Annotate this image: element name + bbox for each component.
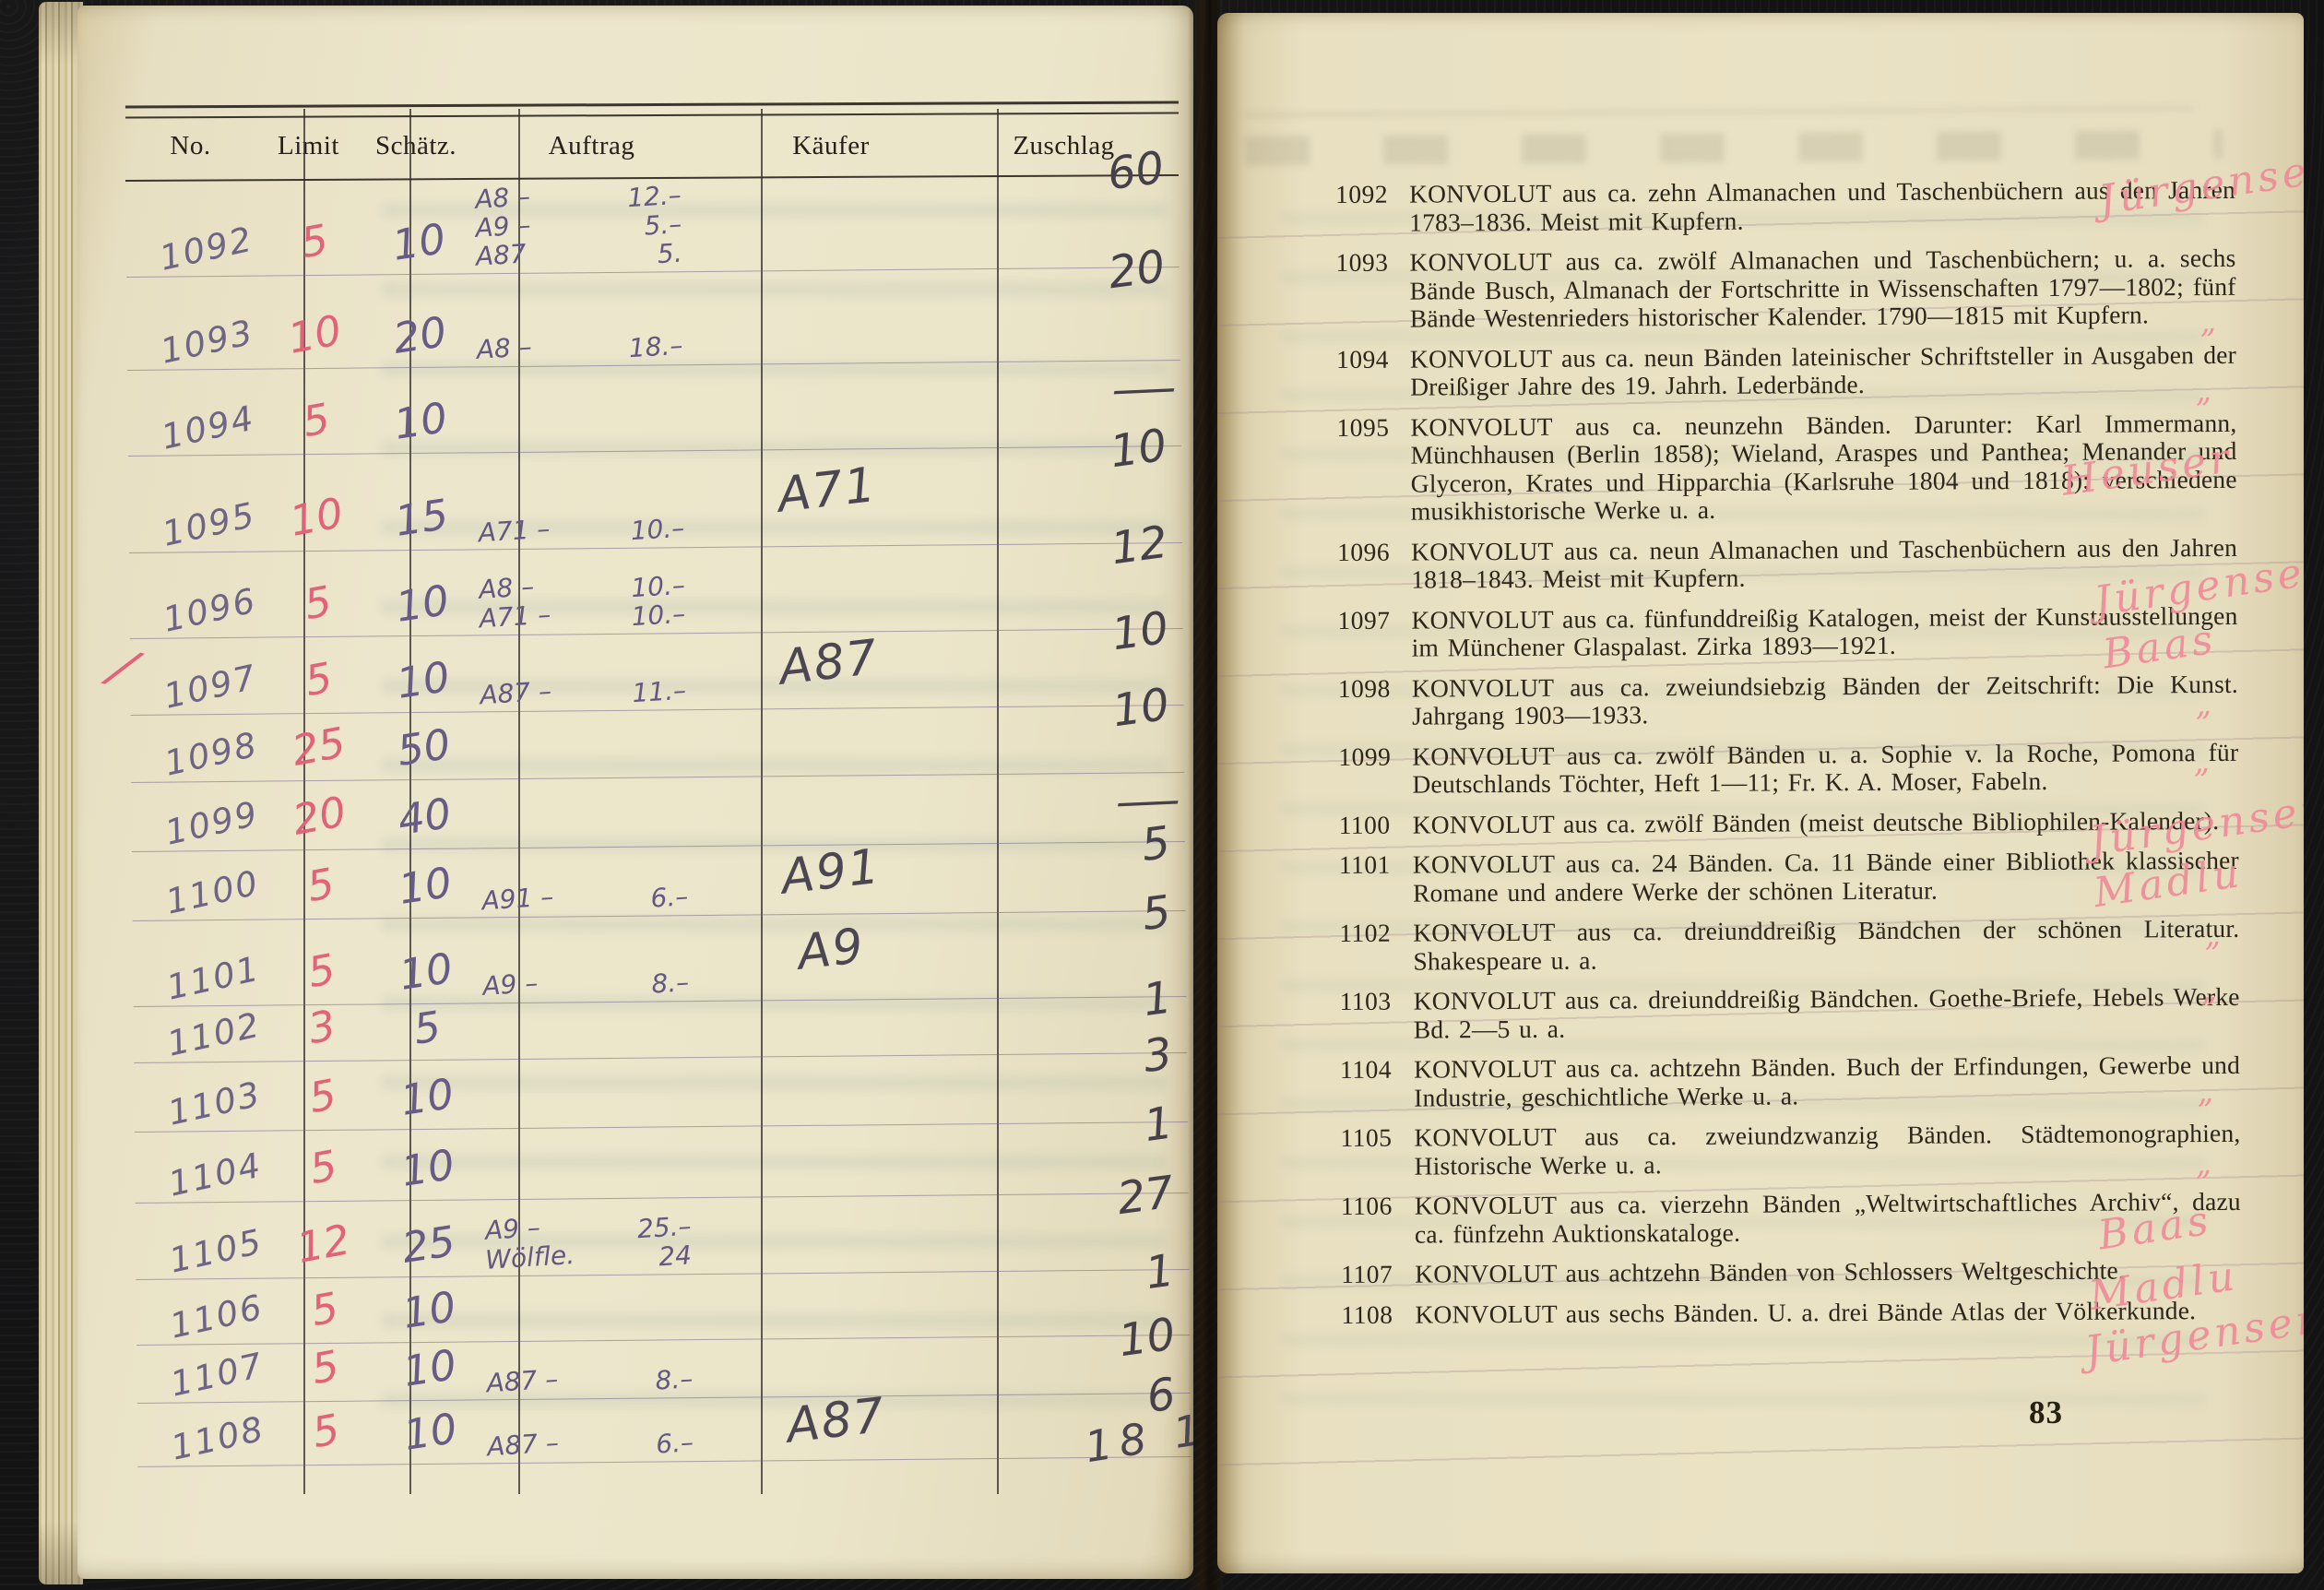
ledger-cell: 5 <box>262 177 366 276</box>
order-amount: 8.– <box>650 967 690 998</box>
ledger-cell: 5 <box>373 1003 480 1060</box>
ledger-cell: 25 <box>267 713 371 780</box>
ledger-row: 11045101 <box>135 1122 1189 1204</box>
catalog-entry: 1103KONVOLUT aus ca. dreiunddreißig Bänd… <box>1340 983 2240 1044</box>
limit-value: 12 <box>293 1215 354 1273</box>
limit-value: 5 <box>308 1405 343 1457</box>
lot-number: 1104 <box>165 1145 266 1204</box>
ledger-cell: 10 <box>373 1060 480 1129</box>
hammer-price: 10 <box>1109 679 1172 738</box>
estimate-value: 15 <box>392 490 452 546</box>
catalog-entry: 1092KONVOLUT aus ca. zehn Almanachen und… <box>1335 176 2235 237</box>
lot-number: 1103 <box>164 1074 265 1133</box>
entry-number: 1106 <box>1341 1192 1402 1249</box>
buyer-code: A87 <box>784 1388 889 1454</box>
limit-value: 20 <box>290 787 350 845</box>
limit-value: 5 <box>307 1283 342 1335</box>
ledger-cell: 10 <box>370 635 477 712</box>
order-code: A91 – <box>481 883 554 916</box>
order-line: A87 –11.– <box>477 677 714 707</box>
ledger-cell: 1094 <box>127 370 265 456</box>
ledger-row: 1100510A91 –6.–A915 <box>132 842 1186 921</box>
ledger-cell: 3 <box>269 1004 373 1061</box>
lot-number: 1095 <box>159 495 259 554</box>
estimate-value: 10 <box>397 943 456 1000</box>
entry-text: KONVOLUT aus ca. zweiundzwanzig Bänden. … <box>1414 1120 2240 1181</box>
catalog-entry: 1097KONVOLUT aus ca. fünfunddreißig Kata… <box>1337 601 2237 662</box>
entry-text: KONVOLUT aus ca. zwölf Bänden (meist deu… <box>1413 806 2239 838</box>
ledger-cell: 12 <box>271 1201 375 1277</box>
entry-number: 1096 <box>1337 538 1398 594</box>
page-stack-edges <box>39 2 83 1584</box>
order-code: A87 – <box>480 677 552 710</box>
ledger-cell: A87 <box>720 1395 952 1460</box>
ledger-cell: 10 <box>374 1129 481 1200</box>
entry-text: KONVOLUT aus achtzehn Bänden von Schloss… <box>1415 1256 2241 1288</box>
entry-number: 1102 <box>1339 920 1400 976</box>
estimate-value: 10 <box>394 652 454 708</box>
column-header-estimate: Schätz. <box>362 131 470 161</box>
ledger-cell <box>480 1002 717 1059</box>
limit-value: 10 <box>287 488 348 546</box>
ledger-cell: 10 <box>377 1400 484 1464</box>
ledger-cell: 10 <box>265 454 369 551</box>
ledger-cell: 5 <box>272 1277 376 1343</box>
entry-number: 1101 <box>1339 851 1400 908</box>
entry-text: KONVOLUT aus ca. dreiunddreißig Bändchen… <box>1413 915 2239 976</box>
ledger-cell: 10 <box>367 367 474 453</box>
ledger-cell: 40 <box>371 779 478 848</box>
estimate-value: 10 <box>396 858 456 914</box>
column-header-order: Auftrag <box>470 131 713 161</box>
entry-text: KONVOLUT aus ca. 24 Bänden. Ca. 11 Bände… <box>1413 847 2239 908</box>
entry-number: 1100 <box>1339 811 1400 839</box>
ledger-page: No. Limit Schätz. Auftrag Käufer Zuschla… <box>77 6 1193 1579</box>
ledger-cell: A91 <box>715 844 946 914</box>
ledger-cell: 5 <box>266 551 370 636</box>
table-top-rule <box>125 101 1179 119</box>
order-code: A87 <box>475 239 528 270</box>
limit-value: 5 <box>307 1341 342 1394</box>
estimate-value: 10 <box>393 575 453 632</box>
ledger-cell: 10 <box>376 1276 483 1342</box>
ledger-cell: 10 <box>944 706 1184 774</box>
estimate-value: 10 <box>389 214 449 270</box>
limit-value: 5 <box>303 944 338 997</box>
order-amount: 10.– <box>630 571 685 603</box>
order-amount: 6.– <box>655 1428 694 1458</box>
ledger-cell: A87 –11.– <box>476 634 714 711</box>
catalog-entry: 1099KONVOLUT aus ca. zwölf Bänden u. a. … <box>1338 738 2238 799</box>
buyer-code: A9 <box>795 919 868 981</box>
lot-number: 1096 <box>160 581 260 640</box>
order-amount: 10.– <box>630 514 685 546</box>
ledger-cell: 25 <box>375 1200 482 1276</box>
ledger-cell: 10 <box>263 275 367 368</box>
order-line: A9 –5.– <box>472 210 709 241</box>
order-line: A9 –8.– <box>480 968 717 999</box>
catalog-page: 1092KONVOLUT aus ca. zehn Almanachen und… <box>1217 13 2304 1573</box>
entry-number: 1097 <box>1337 606 1398 662</box>
order-amount: 24 <box>658 1240 692 1271</box>
ledger-cell: A71 <box>711 449 943 547</box>
order-code: A87 – <box>486 1365 559 1398</box>
ledger-cell: A9 –25.–Wölfle.24 <box>481 1198 719 1276</box>
hammer-price: 20 <box>1106 241 1168 300</box>
ledger-cell: 1105 <box>136 1203 273 1279</box>
order-amount: 10.– <box>631 599 686 632</box>
ledger-cell: 1095 <box>128 456 266 552</box>
ledger-cell <box>712 546 943 633</box>
entry-number: 1103 <box>1340 988 1401 1044</box>
order-amount: 8.– <box>654 1364 694 1394</box>
ledger-cell: 5 <box>267 636 371 713</box>
ledger-cell <box>480 1058 718 1128</box>
estimate-value: 50 <box>394 719 454 776</box>
order-amount: 6.– <box>649 882 689 912</box>
order-code: A87 – <box>487 1429 560 1462</box>
estimate-value: 40 <box>395 789 455 845</box>
order-line: A8 –12.– <box>472 182 709 212</box>
lot-number: 1099 <box>161 794 262 853</box>
catalog-entry: 1096KONVOLUT aus ca. neun Almanachen und… <box>1337 533 2237 594</box>
ledger-row: 1098255010 <box>131 706 1185 783</box>
ledger-header: No. Limit Schätz. Auftrag Käufer Zuschla… <box>125 131 1179 172</box>
ledger-cell <box>710 363 942 450</box>
order-line: Wölfle.24 <box>482 1241 719 1272</box>
ledger-cell: A87 <box>713 632 944 709</box>
limit-value: 5 <box>305 1141 340 1193</box>
hammer-price: 10 <box>1107 420 1169 479</box>
limit-value: 5 <box>305 1070 340 1122</box>
catalog-entry: 1107KONVOLUT aus achtzehn Bänden von Sch… <box>1341 1256 2241 1289</box>
ledger-cell <box>473 365 711 452</box>
lot-number: 1100 <box>162 863 263 922</box>
ledger-cell: 1108 <box>137 1403 274 1466</box>
lot-number: 1097 <box>160 658 260 717</box>
limit-value: 10 <box>285 305 346 363</box>
ledger-cell: A91 –6.– <box>478 847 716 917</box>
order-code: A71 – <box>479 600 551 634</box>
ledger-cell: 1101 <box>133 920 270 1006</box>
hammer-price: 12 <box>1108 516 1170 575</box>
ledger-row: 1107510A87 –8.–10 <box>136 1335 1191 1404</box>
ledger-rows: 1092510A8 –12.–A9 –5.–A875.6010931020A8 … <box>125 169 1191 1467</box>
ledger-cell: 10 <box>365 175 472 274</box>
ledger-cell <box>708 172 940 271</box>
ledger-row: 11035103 <box>134 1053 1188 1133</box>
lot-number: 1093 <box>157 313 257 372</box>
buyer-code: A71 <box>775 457 880 524</box>
order-line: A875. <box>472 239 709 269</box>
order-amount: 25.– <box>636 1212 692 1244</box>
ledger-cell: A87 –6.– <box>483 1398 721 1463</box>
limit-value: 25 <box>289 718 350 776</box>
entry-number: 1094 <box>1336 345 1397 401</box>
ledger-cell: 1100 <box>132 851 269 920</box>
ledger-cell: 50 <box>371 712 478 779</box>
buyer-code: A87 <box>777 630 882 696</box>
ledger-cell: 1099 <box>131 782 268 851</box>
ghost-header-bleed <box>1245 129 2223 165</box>
ledger-row: 10931020A8 –18.–20 <box>126 267 1180 371</box>
order-code: Wölfle. <box>485 1240 576 1275</box>
ledger-row: 10951015A71 –10.–A7110 <box>128 446 1182 553</box>
ledger-row: 1094510— <box>127 361 1181 457</box>
ledger-cell <box>715 775 946 845</box>
ledger-cell: 1102 <box>134 1006 270 1062</box>
entry-number: 1095 <box>1336 413 1398 526</box>
limit-value: 5 <box>301 653 336 706</box>
hammer-price: — <box>1109 362 1180 416</box>
entry-number: 1104 <box>1340 1056 1401 1112</box>
ledger-row: 10992040— <box>131 773 1185 852</box>
ledger-cell: 5 <box>268 849 373 919</box>
ledger-cell: 10 <box>373 918 480 1003</box>
ledger-cell: A8 –18.– <box>472 272 710 366</box>
lot-number: 1107 <box>167 1346 267 1405</box>
estimate-value: 25 <box>399 1216 459 1273</box>
order-amount: 12.– <box>626 181 682 213</box>
ledger-cell <box>718 1195 950 1273</box>
entry-text: KONVOLUT aus ca. neunzehn Bänden. Darunt… <box>1410 409 2237 526</box>
estimate-value: 5 <box>410 1002 444 1054</box>
entry-text: KONVOLUT aus sechs Bänden. U. a. drei Bä… <box>1415 1296 2241 1328</box>
ledger-cell: 1093 <box>126 277 264 370</box>
order-line: A9 –25.– <box>481 1213 718 1243</box>
catalog-entry: 1100KONVOLUT aus ca. zwölf Bänden (meist… <box>1339 806 2239 839</box>
order-amount: 5. <box>657 239 683 269</box>
catalog-entry: 1104KONVOLUT aus ca. achtzehn Bänden. Bu… <box>1340 1051 2240 1112</box>
entry-text: KONVOLUT aus ca. vierzehn Bänden „Weltwi… <box>1415 1188 2241 1249</box>
ledger-cell: A87 –8.– <box>483 1340 721 1399</box>
catalog-entry: 1105KONVOLUT aus ca. zweiundzwanzig Bänd… <box>1340 1120 2240 1181</box>
order-amount: 5.– <box>643 209 682 240</box>
ledger-cell: 10 <box>369 550 476 635</box>
limit-value: 5 <box>300 576 335 629</box>
ledger-cell: A71 –10.– <box>474 451 712 549</box>
entry-number: 1092 <box>1335 181 1396 237</box>
ledger-row: 11051225A9 –25.–Wölfle.2427 <box>136 1193 1190 1280</box>
ledger-row: 11065101 <box>136 1270 1190 1346</box>
ledger-cell: 1092 <box>125 178 263 277</box>
order-line: A87 –6.– <box>484 1429 721 1459</box>
ledger-cell: 1096 <box>129 552 267 638</box>
order-line: A71 –10.– <box>475 515 712 545</box>
ledger-cell: 1107 <box>136 1345 273 1403</box>
ledger-cell: A8 –10.–A71 –10.– <box>475 548 713 635</box>
catalog-entry: 1098KONVOLUT aus ca. zweiundsiebzig Bänd… <box>1338 670 2238 730</box>
entry-text: KONVOLUT aus ca. fünfunddreißig Kataloge… <box>1411 601 2237 662</box>
hammer-price: 10 <box>1116 1309 1179 1368</box>
catalog-entry: 1093KONVOLUT aus ca. zwölf Almanachen un… <box>1335 244 2235 334</box>
entry-text: KONVOLUT aus ca. zweiundsiebzig Bänden d… <box>1412 670 2238 730</box>
lot-number: 1098 <box>160 725 261 784</box>
ledger-cell: 5 <box>270 1061 374 1130</box>
catalog-entry: 1108KONVOLUT aus sechs Bänden. U. a. dre… <box>1341 1296 2241 1329</box>
estimate-value: 20 <box>390 307 450 363</box>
ledger-cell: 1103 <box>134 1062 271 1132</box>
lot-number: 1105 <box>165 1222 266 1281</box>
entry-number: 1108 <box>1341 1300 1402 1329</box>
lot-number: 1094 <box>158 398 258 457</box>
order-code: A8 – <box>476 332 533 364</box>
order-code: A9 – <box>482 968 539 1001</box>
lot-number: 1101 <box>162 949 263 1008</box>
order-line: A87 –8.– <box>483 1365 720 1395</box>
ledger-cell: A9 <box>716 913 947 1000</box>
order-line: A8 –18.– <box>473 332 710 362</box>
ledger-row: 1108510A87 –6.–A876 <box>137 1394 1192 1467</box>
ledger-cell <box>714 708 945 777</box>
ledger-cell: 1098 <box>131 715 267 782</box>
entry-number: 1098 <box>1338 674 1399 730</box>
limit-value: 3 <box>304 1001 339 1053</box>
order-code: A8 – <box>479 572 536 604</box>
entry-text: KONVOLUT aus ca. achtzehn Bänden. Buch d… <box>1414 1051 2240 1112</box>
lot-number: 1092 <box>156 220 256 279</box>
ledger-cell <box>717 1055 949 1125</box>
ledger-cell: 5 <box>273 1343 377 1401</box>
ledger-cell: 1097 <box>130 638 267 715</box>
lot-number: 1102 <box>163 1005 264 1064</box>
ledger-row: 1096510A8 –10.–A71 –10.–12 <box>129 543 1183 639</box>
order-line: A91 –6.– <box>479 883 716 913</box>
hammer-price: 10 <box>1109 602 1171 661</box>
entry-text: KONVOLUT aus ca. neun Bänden lateinische… <box>1410 340 2236 401</box>
catalog-entry: 1102KONVOLUT aus ca. dreiunddreißig Bänd… <box>1339 915 2239 976</box>
catalog-entries: 1092KONVOLUT aus ca. zehn Almanachen und… <box>1335 176 2242 1341</box>
ledger-cell: A9 –8.– <box>479 916 717 1003</box>
ledger-cell <box>720 1337 952 1396</box>
ledger-cell <box>477 710 715 778</box>
ledger-row: 1101510A9 –8.–A95 <box>133 911 1187 1007</box>
limit-value: 5 <box>297 215 332 267</box>
estimate-value: 10 <box>399 1282 459 1338</box>
ledger-cell <box>719 1272 951 1338</box>
order-code: A71 – <box>478 515 551 548</box>
ledger-cell <box>482 1275 720 1341</box>
ledger-cell: 20 <box>267 780 372 849</box>
ledger-cell: 5 <box>271 1130 375 1201</box>
ledger-cell <box>709 270 941 364</box>
ledger-cell: 5 <box>269 919 373 1004</box>
ledger-row: 1092510A8 –12.–A9 –5.–A875.60 <box>125 169 1180 278</box>
estimate-value: 10 <box>398 1140 458 1196</box>
entry-text: KONVOLUT aus ca. neun Almanachen und Tas… <box>1411 533 2237 594</box>
limit-value: 5 <box>302 859 338 911</box>
page-number: 83 <box>2029 1394 2063 1431</box>
estimate-value: 10 <box>391 393 451 449</box>
ledger-cell: 10 <box>372 848 479 918</box>
order-line: A71 –10.– <box>476 600 713 631</box>
lot-number: 1108 <box>167 1409 267 1468</box>
order-code: A9 – <box>485 1213 542 1245</box>
column-header-no: No. <box>125 131 255 161</box>
ledger-cell: 1104 <box>135 1132 272 1203</box>
order-amount: 18.– <box>628 331 683 363</box>
estimate-value: 10 <box>401 1404 461 1460</box>
estimate-value: 10 <box>400 1340 460 1396</box>
limit-value: 5 <box>299 394 334 446</box>
ledger-cell: 10 <box>376 1342 483 1400</box>
ledger-cell: 15 <box>368 453 475 550</box>
entry-text: KONVOLUT aus ca. dreiunddreißig Bändchen… <box>1414 983 2240 1044</box>
catalog-entry: 1095KONVOLUT aus ca. neunzehn Bänden. Da… <box>1336 409 2237 526</box>
lot-number: 1106 <box>166 1287 267 1347</box>
ledger-cell: A8 –12.–A9 –5.–A875. <box>471 173 709 273</box>
ledger-cell: 5 <box>274 1401 378 1465</box>
ledger-cell: 20 <box>366 274 473 367</box>
catalog-entry: 1101KONVOLUT aus ca. 24 Bänden. Ca. 11 B… <box>1339 847 2239 908</box>
ledger-cell: 5 <box>264 368 368 454</box>
ledger-row: 1097510A87 –11.–A8710 <box>130 629 1184 716</box>
entry-number: 1099 <box>1338 742 1399 799</box>
ledger-cell <box>717 999 948 1056</box>
column-header-limit: Limit <box>255 131 362 161</box>
hammer-price: 60 <box>1104 142 1167 201</box>
ledger-cell <box>717 1124 949 1196</box>
buyer-code: A91 <box>778 839 883 906</box>
entry-number: 1105 <box>1340 1124 1401 1181</box>
entry-text: KONVOLUT aus ca. zwölf Bänden u. a. Soph… <box>1412 738 2238 799</box>
catalog-entry: 1106KONVOLUT aus ca. vierzehn Bänden „We… <box>1341 1188 2241 1249</box>
entry-text: KONVOLUT aus ca. zehn Almanachen und Tas… <box>1409 176 2235 237</box>
ledger-cell: 20 <box>941 267 1180 362</box>
column-header-buyer: Käufer <box>713 131 949 161</box>
ledger-cell <box>480 1127 718 1199</box>
ledger-cell: 1106 <box>136 1279 272 1345</box>
ledger-row: 1102351 <box>134 997 1188 1063</box>
entry-number: 1093 <box>1335 249 1396 334</box>
entry-number: 1107 <box>1341 1261 1402 1289</box>
estimate-value: 10 <box>397 1069 457 1125</box>
order-amount: 11.– <box>631 676 686 708</box>
book-spread: No. Limit Schätz. Auftrag Käufer Zuschla… <box>0 0 2324 1590</box>
hammer-price: 27 <box>1114 1167 1177 1226</box>
entry-text: KONVOLUT aus ca. zwölf Almanachen und Ta… <box>1409 244 2235 333</box>
catalog-entry: 1094KONVOLUT aus ca. neun Bänden lateini… <box>1336 340 2236 401</box>
ledger-cell <box>478 777 716 848</box>
